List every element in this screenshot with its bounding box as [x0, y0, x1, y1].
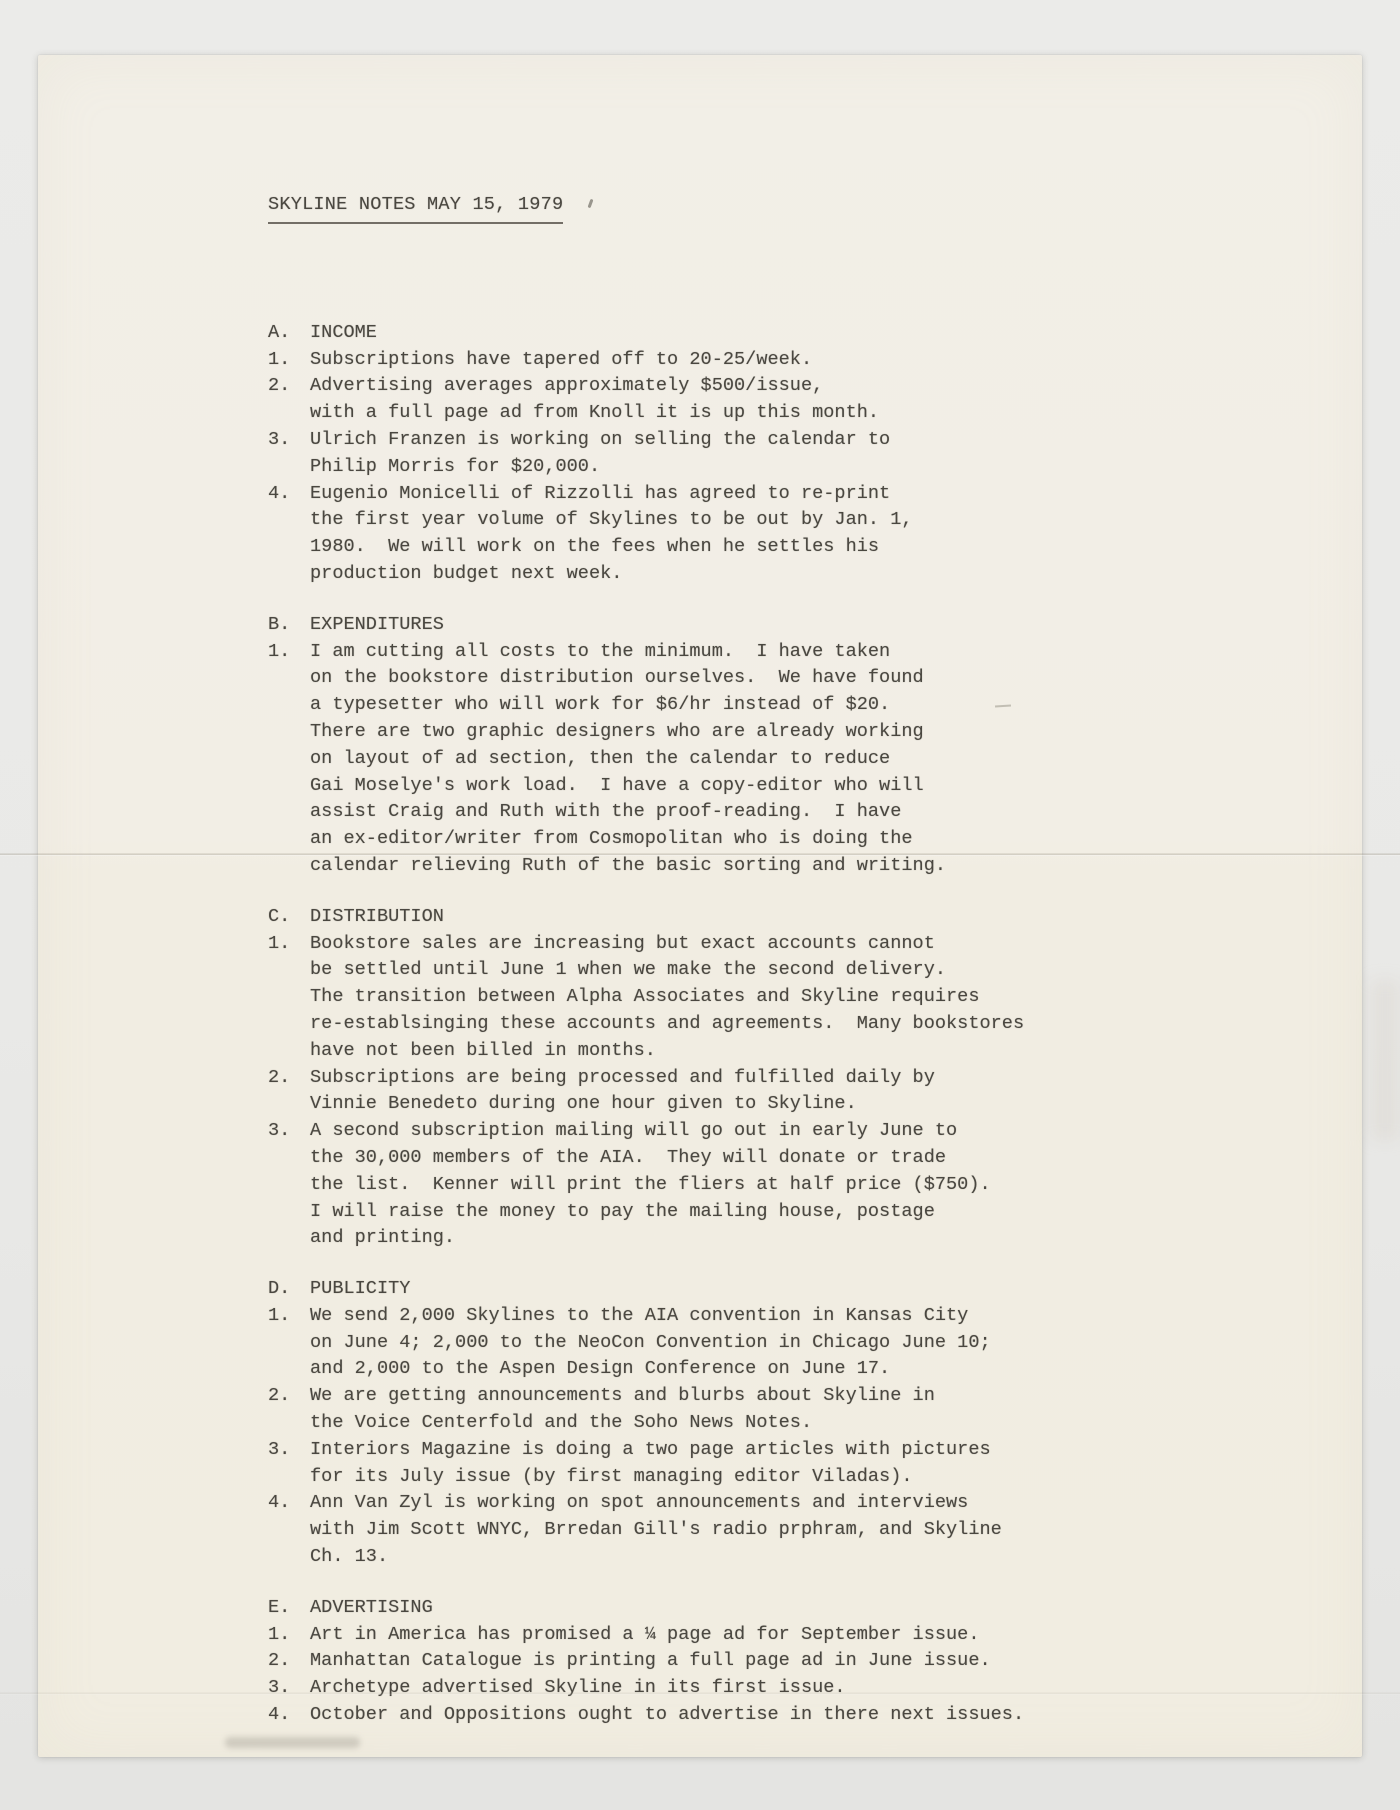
item-text: Archetype advertised Skyline in its firs… [310, 1675, 1148, 1702]
ink-smudge [225, 1737, 360, 1748]
item-marker: 3. [268, 1437, 310, 1491]
list-item: 2. Subscriptions are being processed and… [268, 1065, 1148, 1119]
item-text: I am cutting all costs to the minimum. I… [310, 639, 1148, 880]
item-text: Eugenio Monicelli of Rizzolli has agreed… [310, 481, 1148, 588]
item-marker: 3. [268, 1675, 310, 1702]
section-label: E. [268, 1595, 310, 1622]
section-header: C. DISTRIBUTION [268, 904, 1148, 931]
section-income: A. INCOME 1. Subscriptions have tapered … [268, 320, 1148, 588]
item-text: Ulrich Franzen is working on selling the… [310, 427, 1148, 481]
item-text: Subscriptions are being processed and fu… [310, 1065, 1148, 1119]
list-item: 1. Subscriptions have tapered off to 20-… [268, 347, 1148, 374]
item-marker: 3. [268, 1118, 310, 1252]
item-marker: 4. [268, 1490, 310, 1570]
list-item: 3. Archetype advertised Skyline in its f… [268, 1675, 1148, 1702]
section-label: A. [268, 320, 310, 347]
item-text: Interiors Magazine is doing a two page a… [310, 1437, 1148, 1491]
item-text: October and Oppositions ought to adverti… [310, 1702, 1148, 1729]
list-item: 3. A second subscription mailing will go… [268, 1118, 1148, 1252]
item-text: Art in America has promised a ¼ page ad … [310, 1622, 1148, 1649]
section-heading: INCOME [310, 320, 1148, 347]
item-marker: 3. [268, 427, 310, 481]
list-item: 4. Eugenio Monicelli of Rizzolli has agr… [268, 481, 1148, 588]
item-text: Manhattan Catalogue is printing a full p… [310, 1648, 1148, 1675]
section-heading: PUBLICITY [310, 1276, 1148, 1303]
item-marker: 2. [268, 1065, 310, 1119]
section-header: A. INCOME [268, 320, 1148, 347]
paper-edge-shade [1370, 980, 1400, 1140]
item-text: Ann Van Zyl is working on spot announcem… [310, 1490, 1148, 1570]
item-marker: 1. [268, 1622, 310, 1649]
section-advertising: E. ADVERTISING 1. Art in America has pro… [268, 1595, 1148, 1729]
paper-sheet: SKYLINE NOTES MAY 15, 1979 A. INCOME 1. … [38, 55, 1362, 1757]
item-marker: 1. [268, 347, 310, 374]
list-item: 1. We send 2,000 Skylines to the AIA con… [268, 1303, 1148, 1383]
section-heading: EXPENDITURES [310, 612, 1148, 639]
section-publicity: D. PUBLICITY 1. We send 2,000 Skylines t… [268, 1276, 1148, 1571]
section-distribution: C. DISTRIBUTION 1. Bookstore sales are i… [268, 904, 1148, 1252]
item-text: A second subscription mailing will go ou… [310, 1118, 1148, 1252]
section-label: D. [268, 1276, 310, 1303]
list-item: 2. Advertising averages approximately $5… [268, 373, 1148, 427]
section-label: B. [268, 612, 310, 639]
section-expenditures: B. EXPENDITURES 1. I am cutting all cost… [268, 612, 1148, 880]
list-item: 2. We are getting announcements and blur… [268, 1383, 1148, 1437]
section-header: B. EXPENDITURES [268, 612, 1148, 639]
section-heading: DISTRIBUTION [310, 904, 1148, 931]
item-marker: 4. [268, 481, 310, 588]
item-marker: 1. [268, 1303, 310, 1383]
list-item: 1. I am cutting all costs to the minimum… [268, 639, 1148, 880]
item-marker: 1. [268, 931, 310, 1065]
item-marker: 1. [268, 639, 310, 880]
item-text: Bookstore sales are increasing but exact… [310, 931, 1148, 1065]
list-item: 1. Bookstore sales are increasing but ex… [268, 931, 1148, 1065]
item-marker: 2. [268, 1383, 310, 1437]
section-label: C. [268, 904, 310, 931]
document-title: SKYLINE NOTES MAY 15, 1979 [268, 192, 563, 224]
item-marker: 4. [268, 1702, 310, 1729]
item-text: We send 2,000 Skylines to the AIA conven… [310, 1303, 1148, 1383]
section-header: D. PUBLICITY [268, 1276, 1148, 1303]
item-text: Subscriptions have tapered off to 20-25/… [310, 347, 1148, 374]
list-item: 3. Interiors Magazine is doing a two pag… [268, 1437, 1148, 1491]
section-header: E. ADVERTISING [268, 1595, 1148, 1622]
item-text: We are getting announcements and blurbs … [310, 1383, 1148, 1437]
list-item: 2. Manhattan Catalogue is printing a ful… [268, 1648, 1148, 1675]
list-item: 4. October and Oppositions ought to adve… [268, 1702, 1148, 1729]
list-item: 1. Art in America has promised a ¼ page … [268, 1622, 1148, 1649]
item-marker: 2. [268, 373, 310, 427]
item-text: Advertising averages approximately $500/… [310, 373, 1148, 427]
list-item: 3. Ulrich Franzen is working on selling … [268, 427, 1148, 481]
document-body: SKYLINE NOTES MAY 15, 1979 A. INCOME 1. … [268, 192, 1148, 1753]
section-heading: ADVERTISING [310, 1595, 1148, 1622]
item-marker: 2. [268, 1648, 310, 1675]
list-item: 4. Ann Van Zyl is working on spot announ… [268, 1490, 1148, 1570]
